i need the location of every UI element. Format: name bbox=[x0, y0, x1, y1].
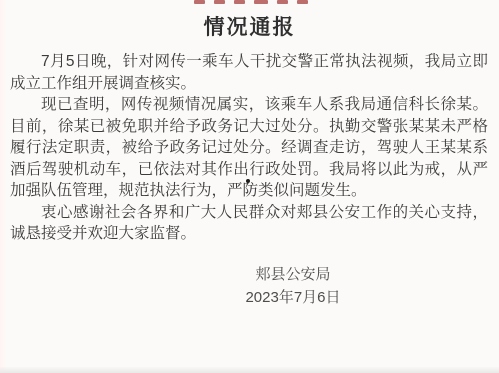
notice-document: 情况通报 7月5日晚，针对网传一乘车人干扰交警正常执法视频，我局立即成立工作组开… bbox=[0, 0, 499, 373]
issue-date: 2023年7月6日 bbox=[238, 287, 348, 310]
paragraph-findings-and-punishments: 现已查明，网传视频情况属实，该乘车人系我局通信科长徐某。目前，徐某已被免职并给予… bbox=[10, 94, 488, 202]
red-letterhead-fragment bbox=[254, 0, 268, 4]
red-letterhead-fragment bbox=[297, 0, 308, 4]
signature-block: 郏县公安局 2023年7月6日 bbox=[238, 264, 348, 309]
red-letterhead-fragment bbox=[194, 0, 205, 4]
issuing-authority: 郏县公安局 bbox=[238, 264, 348, 287]
page-left-edge-tint bbox=[0, 0, 7, 373]
bottom-edge-shadow bbox=[0, 367, 499, 373]
cropped-red-letterhead bbox=[194, 0, 317, 4]
red-letterhead-fragment bbox=[214, 0, 225, 4]
paragraph-thanks-and-supervision: 衷心感谢社会各界和广大人民群众对郏县公安工作的关心支持，诚恳接受并欢迎大家监督。 bbox=[10, 202, 488, 245]
red-letterhead-fragment bbox=[277, 0, 288, 4]
red-letterhead-fragment bbox=[234, 0, 245, 4]
paragraph-investigation-start: 7月5日晚，针对网传一乘车人干扰交警正常执法视频，我局立即成立工作组开展调查核实… bbox=[10, 51, 488, 94]
ink-dot-artifact bbox=[246, 179, 250, 183]
notice-body: 7月5日晚，针对网传一乘车人干扰交警正常执法视频，我局立即成立工作组开展调查核实… bbox=[10, 51, 488, 245]
page-title: 情况通报 bbox=[0, 11, 499, 41]
